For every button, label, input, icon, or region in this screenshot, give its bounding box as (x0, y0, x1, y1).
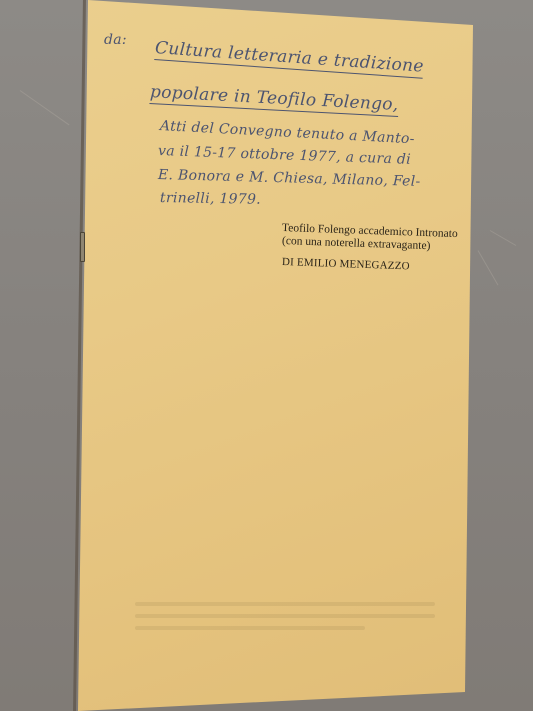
staple-icon (80, 232, 85, 262)
handwritten-line-6: trinelli, 1979. (160, 190, 261, 208)
handwritten-source-prefix: da: (104, 32, 127, 48)
show-through-text (135, 602, 435, 606)
show-through-text (135, 626, 365, 630)
show-through-text (135, 614, 435, 618)
